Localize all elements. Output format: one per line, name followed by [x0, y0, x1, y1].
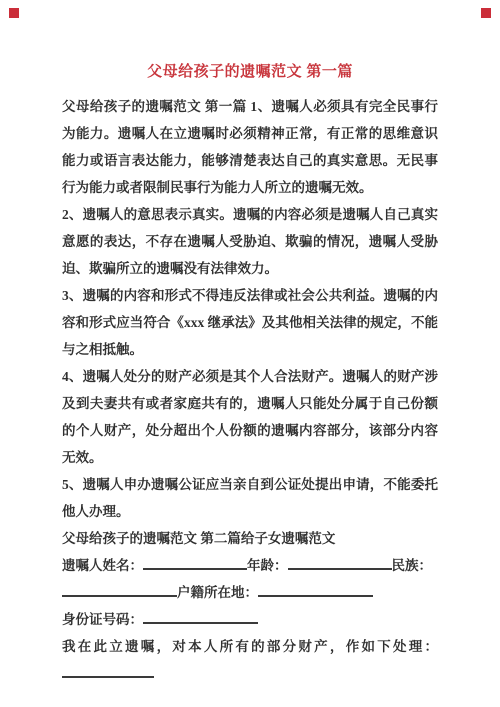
residence-label: 户籍所在地： — [177, 585, 258, 600]
form-line-name-age-ethnicity: 遗嘱人姓名：年龄：民族： — [62, 552, 438, 579]
paragraph-3: 3、遗嘱的内容和形式不得违反法律或社会公共利益。遗嘱的内容和形式应当符合《xxx… — [62, 282, 438, 363]
closing-statement: 我在此立遗嘱，对本人所有的部分财产，作如下处理： — [62, 633, 438, 660]
form-line-id-number: 身份证号码： — [62, 606, 438, 633]
document-content: 父母给孩子的遗嘱范文 第一篇 父母给孩子的遗嘱范文 第一篇 1、遗嘱人必须具有完… — [62, 62, 438, 687]
residence-blank — [258, 582, 373, 597]
red-corner-marker-right — [481, 8, 491, 18]
ethnicity-label: 民族： — [392, 558, 433, 573]
testator-name-label: 遗嘱人姓名： — [62, 558, 143, 573]
disposition-blank — [62, 663, 154, 678]
paragraph-4: 4、遗嘱人处分的财产必须是其个人合法财产。遗嘱人的财产涉及到夫妻共有或者家庭共有… — [62, 363, 438, 471]
document-title: 父母给孩子的遗嘱范文 第一篇 — [62, 62, 438, 82]
age-label: 年龄： — [247, 558, 288, 573]
form-line-residence: 户籍所在地： — [62, 579, 438, 606]
document-page: 父母给孩子的遗嘱范文 第一篇 父母给孩子的遗嘱范文 第一篇 1、遗嘱人必须具有完… — [0, 0, 500, 707]
red-corner-marker-left — [9, 8, 19, 18]
ethnicity-blank — [62, 582, 177, 597]
age-blank — [288, 555, 392, 570]
id-number-blank — [143, 609, 258, 624]
paragraph-1: 父母给孩子的遗嘱范文 第一篇 1、遗嘱人必须具有完全民事行为能力。遗嘱人在立遗嘱… — [62, 93, 438, 201]
paragraph-2: 2、遗嘱人的意思表示真实。遗嘱的内容必须是遗嘱人自己真实意愿的表达，不存在遗嘱人… — [62, 201, 438, 282]
id-number-label: 身份证号码： — [62, 612, 143, 627]
section-2-heading: 父母给孩子的遗嘱范文 第二篇给子女遗嘱范文 — [62, 525, 438, 552]
paragraph-5: 5、遗嘱人申办遗嘱公证应当亲自到公证处提出申请，不能委托他人办理。 — [62, 471, 438, 525]
disposition-blank-line — [62, 660, 438, 687]
document-body: 父母给孩子的遗嘱范文 第一篇 1、遗嘱人必须具有完全民事行为能力。遗嘱人在立遗嘱… — [62, 93, 438, 687]
testator-name-blank — [143, 555, 247, 570]
